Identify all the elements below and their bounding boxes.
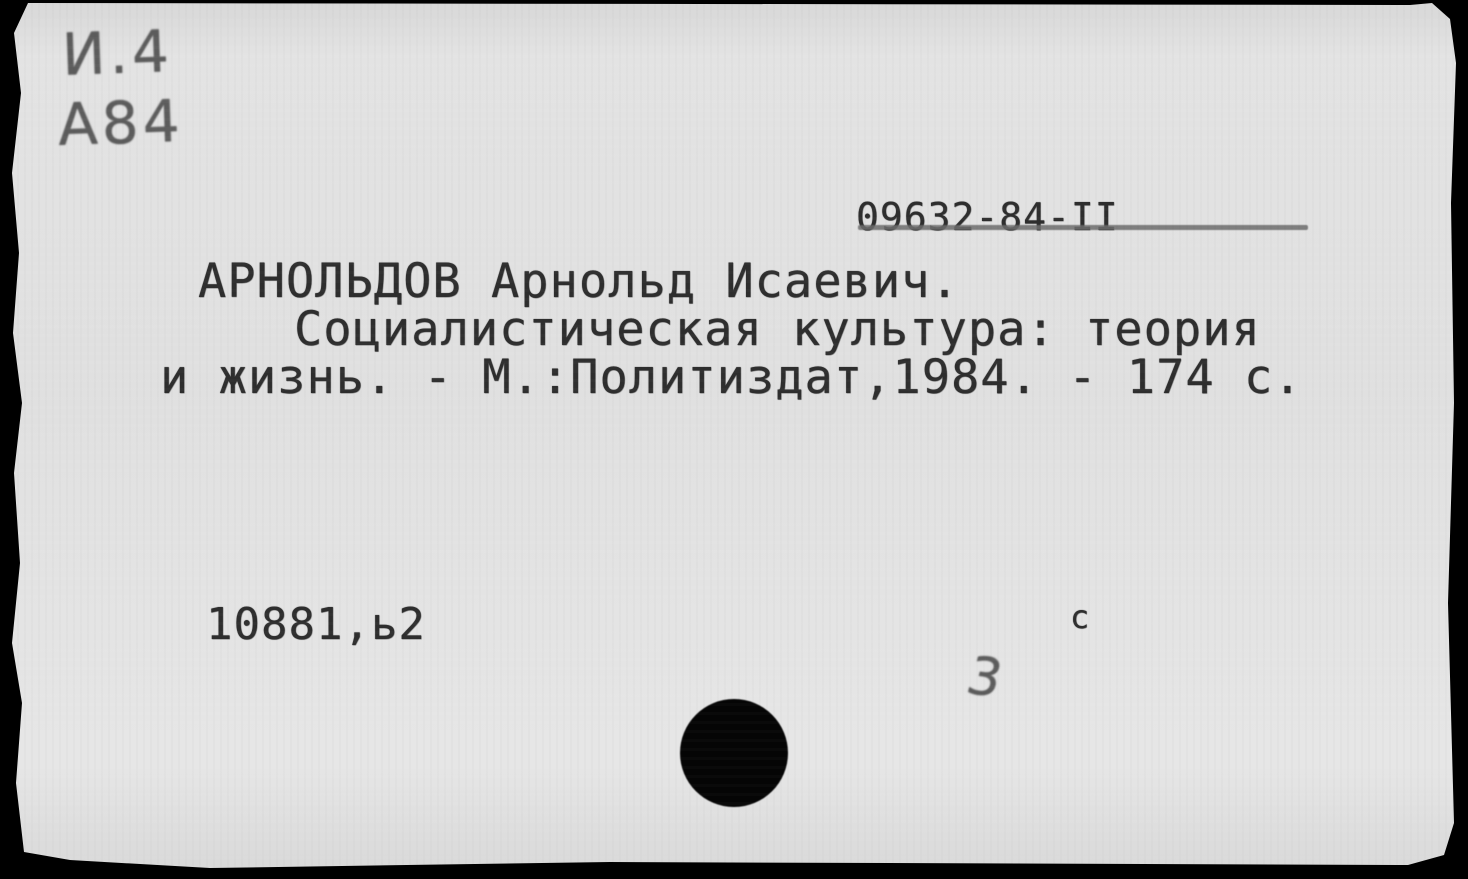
title-line-1: Социалистическая культура: теория (294, 306, 1261, 354)
handwritten-author-mark: А84 (57, 89, 185, 157)
handwritten-digit: 3 (961, 646, 1008, 709)
handwritten-class-mark: И.4 (61, 19, 174, 87)
page-note-letter: с (1070, 598, 1090, 636)
punch-hole (680, 699, 788, 807)
accession-number: 10881,ь2 (206, 599, 426, 650)
cancelled-number: 09632-84-II (856, 195, 1119, 239)
strike-line (858, 225, 1308, 230)
catalog-card: И.4 А84 09632-84-II АРНОЛЬДОВ Арнольд Ис… (10, 3, 1456, 868)
title-line-2: и жизнь. - М.:Политиздат,1984. - 174 с. (160, 354, 1303, 402)
author-line: АРНОЛЬДОВ Арнольд Исаевич. (198, 258, 960, 306)
